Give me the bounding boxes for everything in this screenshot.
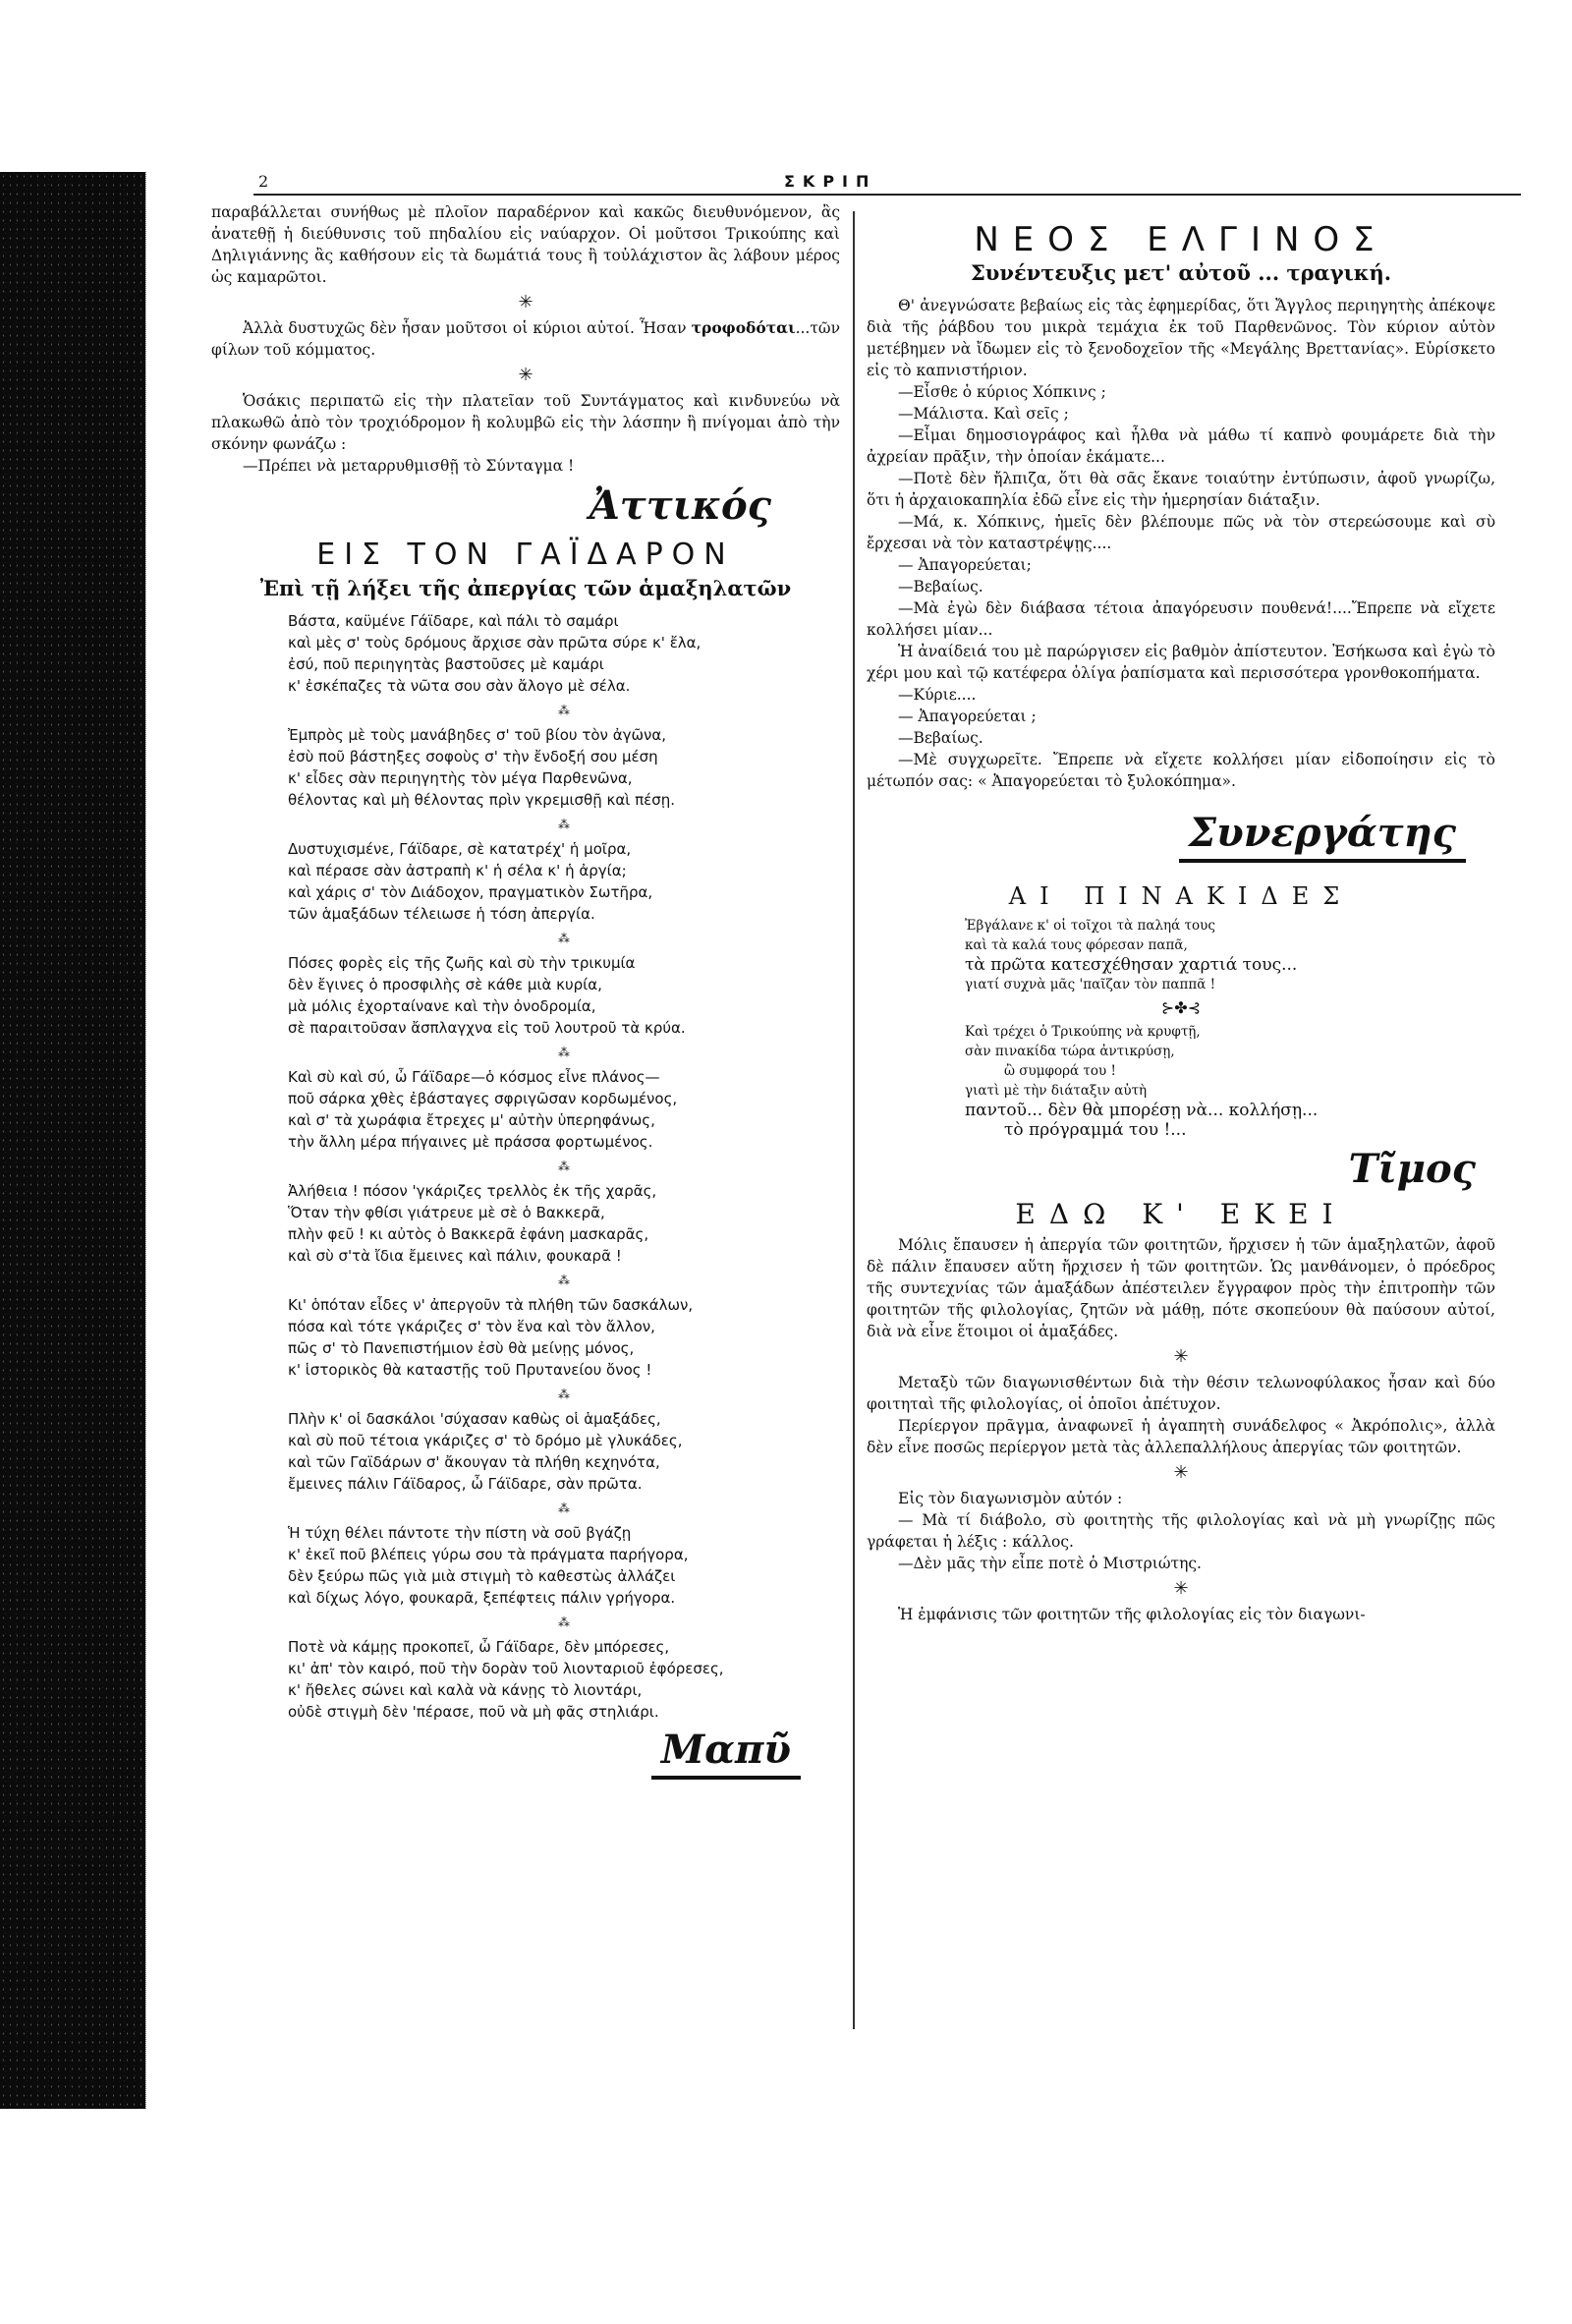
poem-verse: θέλοντας καὶ μὴ θέλοντας πρὶν γκρεμισθῇ … (288, 789, 840, 811)
opening-paragraph-4: —Πρέπει νὰ μεταρρυθμισθῇ τὸ Σύνταγμα ! (211, 455, 840, 477)
column-divider (853, 211, 855, 2029)
poem-stanza: Καὶ σὺ καὶ σύ, ὦ Γάϊδαρε—ὁ κόσμος εἶνε π… (288, 1066, 840, 1153)
interview-paragraph: — Ἀπαγορεύεται ; (867, 706, 1495, 727)
poem-verse: κ' ἱστορικὸς θὰ καταστῇς τοῦ Πρυτανείου … (288, 1359, 840, 1381)
signature-text: Τῖμος (1349, 1146, 1476, 1192)
article-title-pinakides: ΑΙ ΠΙΝΑΚΙΔΕΣ (867, 880, 1495, 912)
interview-paragraph: —Μά, κ. Χόπκινς, ἡμεῖς δὲν βλέπουμε πῶς … (867, 511, 1495, 554)
stanza-separator: ⁂ (288, 1045, 840, 1060)
poem-stanza: Πλὴν κ' οἱ δασκάλοι 'σύχασαν καθὼς οἱ ἁμ… (288, 1408, 840, 1495)
paragraph-text: Ἀλλὰ δυστυχῶς δὲν ἦσαν μοῦτσοι οἱ κύριοι… (243, 319, 687, 337)
poem-stanza: Ἐμπρὸς μὲ τοὺς μανάβηδες σ' τοῦ βίου τὸν… (288, 724, 840, 811)
poem-verse: πόσα καὶ τότε γκάριζες σ' τὸν ἕνα καὶ τὸ… (288, 1316, 840, 1337)
stanza-separator: ⁂ (288, 1615, 840, 1630)
poem-verse: Ὅταν τὴν φθίσι γιάτρευε μὲ σὲ ὁ Βακκερᾶ, (288, 1202, 840, 1223)
interview-paragraph: —Μὲ συγχωρεῖτε. Ἔπρεπε νὰ εἴχετε κολλήσε… (867, 749, 1495, 792)
bold-word: τροφοδόται (692, 318, 796, 337)
poem-verse: Ἡ τύχη θέλει πάντοτε τὴν πίστη νὰ σοῦ βγ… (288, 1522, 840, 1544)
asterism-separator: ✳ (867, 1578, 1495, 1600)
poem-stanza: Κι' ὁπόταν εἶδες ν' ἀπεργοῦν τὰ πλήθη τῶ… (288, 1294, 840, 1381)
poem-verse: καὶ σὺ σ'τὰ ἴδια ἔμεινες καὶ πάλιν, φουκ… (288, 1245, 840, 1267)
poem-stanza: Ἡ τύχη θέλει πάντοτε τὴν πίστη νὰ σοῦ βγ… (288, 1522, 840, 1609)
poem-verse: δὲν ξεύρω πῶς γιὰ μιὰ στιγμὴ τὸ καθεστὼς… (288, 1565, 840, 1587)
poem-verse: πῶς σ' τὸ Πανεπιστήμιον ἐσὺ θὰ μείνῃς μό… (288, 1337, 840, 1359)
scan-edge (145, 172, 152, 2109)
interview-paragraph: —Κύριε.... (867, 684, 1495, 706)
poem-verse: Κι' ὁπόταν εἶδες ν' ἀπεργοῦν τὰ πλήθη τῶ… (288, 1294, 840, 1316)
interview-paragraph: Ἡ ἀναίδειά του μὲ παρώργισεν εἰς βαθμὸν … (867, 641, 1495, 684)
asterism-separator: ✳ (211, 365, 840, 386)
poem-verse: καὶ χάρις σ' τὸν Διάδοχον, πραγματικὸν Σ… (288, 881, 840, 903)
poem-verse: Ἀλήθεια ! πόσον 'γκάριζες τρελλὸς ἐκ τῆς… (288, 1180, 840, 1202)
poem-verse: οὐδὲ στιγμὴ δὲν 'πέρασε, ποῦ νὰ μὴ φᾶς σ… (288, 1701, 840, 1723)
edo-paragraph-4: Εἰς τὸν διαγωνισμὸν αὐτόν : (867, 1488, 1495, 1509)
signature-text: Συνεργάτης (1179, 810, 1466, 863)
pinakides-stanza-1: Ἐβγάλανε κ' οἱ τοῖχοι τὰ παληά τουςκαὶ τ… (867, 916, 1495, 994)
opening-paragraph-1: παραβάλλεται συνήθως μὲ πλοῖον παραδέρνο… (211, 201, 840, 288)
edo-paragraph-1: Μόλις ἔπαυσεν ἡ ἀπεργία τῶν φοιτητῶν, ἤρ… (867, 1234, 1495, 1342)
interview-paragraph: Θ' ἀνεγνώσατε βεβαίως εἰς τὰς ἐφημερίδας… (867, 295, 1495, 381)
poem-verse: δὲν ἔγινες ὁ προσφιλὴς σὲ κάθε μιὰ κυρία… (288, 974, 840, 995)
poem-verse: κ' ἤθελες σώνει καὶ καλὰ νὰ κάνῃς τὸ λιο… (288, 1679, 840, 1701)
article-title-neos-elginos: ΝΕΟΣ ΕΛΓΙΝΟΣ (867, 222, 1495, 257)
poem-verse: κι' ἀπ' τὸν καιρό, ποῦ τὴν δορὰν τοῦ λιο… (288, 1658, 840, 1679)
poem-verse: μὰ μόλις ἐχορταίνανε καὶ τὴν ὀνοδρομία, (288, 995, 840, 1017)
pinakides-stanza-2: Καὶ τρέχει ὁ Τρικούπης νὰ κρυφτῇ,σὰν πιν… (867, 1022, 1495, 1140)
pinakides-verse: γιατὶ μὲ τὴν διάταξιν αὐτὴ (965, 1081, 1495, 1101)
poem-verse: ἐσύ, ποῦ περιηγητὰς βαστοῦσες μὲ καμάρι (288, 653, 840, 675)
pinakides-verse: γιατί συχνὰ μᾶς 'παῖζαν τὸν παππᾶ ! (965, 975, 1495, 994)
pinakides-verse: ὢ συμφορά του ! (965, 1061, 1495, 1081)
poem-verse: Δυστυχισμένε, Γάϊδαρε, σὲ κατατρέχ' ἡ μο… (288, 838, 840, 860)
stanza-separator: ⁂ (288, 1159, 840, 1174)
pinakides-verse: Καὶ τρέχει ὁ Τρικούπης νὰ κρυφτῇ, (965, 1022, 1495, 1042)
poem-verse: ἐσὺ ποῦ βάστηξες σοφοὺς σ' τὴν ἔνδοξή σο… (288, 746, 840, 767)
stanza-separator: ⁂ (288, 703, 840, 718)
signature-attikos: Ἀττικός (211, 482, 771, 530)
stanza-separator: ⁂ (288, 1501, 840, 1516)
interview-paragraph: —Ποτὲ δὲν ἤλπιζα, ὅτι θὰ σᾶς ἔκανε τοιαύ… (867, 468, 1495, 511)
stanza-separator: ⁂ (288, 817, 840, 832)
poem-stanza: Πόσες φορὲς εἰς τῆς ζωῆς καὶ σὺ τὴν τρικ… (288, 952, 840, 1039)
opening-paragraph-3: Ὁσάκις περιπατῶ εἰς τὴν πλατεῖαν τοῦ Συν… (211, 390, 840, 455)
left-column: παραβάλλεται συνήθως μὲ πλοῖον παραδέρνο… (211, 201, 840, 1780)
asterism-separator: ✳ (867, 1462, 1495, 1484)
edo-paragraph-6: —Δὲν μᾶς τὴν εἶπε ποτὲ ὁ Μιστριώτης. (867, 1553, 1495, 1574)
interview-paragraph: —Μάλιστα. Καὶ σεῖς ; (867, 403, 1495, 425)
poem-verse: σὲ παραιτοῦσαν ἄσπλαγχνα εἰς τοῦ λουτροῦ… (288, 1017, 840, 1039)
poem-verse: κ' εἶδες σὰν περιηγητὴς τὸν μέγα Παρθενῶ… (288, 767, 840, 789)
stanza-separator: ⁂ (288, 931, 840, 946)
interview-paragraph: — Ἀπαγορεύεται; (867, 554, 1495, 576)
signature-synergatis: Συνεργάτης (867, 810, 1466, 863)
interview-paragraph: —Εἶμαι δημοσιογράφος καὶ ἦλθα νὰ μάθω τί… (867, 425, 1495, 468)
poem-stanza: Δυστυχισμένε, Γάϊδαρε, σὲ κατατρέχ' ἡ μο… (288, 838, 840, 925)
pinakides-verse: τὸ πρόγραμμά του !... (965, 1120, 1495, 1140)
poem-verse: καὶ δίχως λόγο, φουκαρᾶ, ξεπέφτεις πάλιν… (288, 1587, 840, 1609)
edo-paragraph-7: Ἡ ἐμφάνισις τῶν φοιτητῶν τῆς φιλολογίας … (867, 1604, 1495, 1625)
stanza-separator: ⁂ (288, 1387, 840, 1402)
pinakides-verse: παντοῦ... δὲν θὰ μπορέσῃ νὰ... κολλήσῃ..… (965, 1101, 1495, 1120)
poem-verse: καὶ σ' τὰ χωράφια ἔτρεχες μ' αὐτὴν ὑπερη… (288, 1109, 840, 1131)
page-header: 2 ΣΚΡΙΠ (253, 172, 1521, 196)
interview-paragraph: —Βεβαίως. (867, 576, 1495, 597)
poem-verse: Βάστα, καϋμένε Γάϊδαρε, καὶ πάλι τὸ σαμά… (288, 610, 840, 632)
poem-verse: Καὶ σὺ καὶ σύ, ὦ Γάϊδαρε—ὁ κόσμος εἶνε π… (288, 1066, 840, 1088)
poem-verse: καὶ πέρασε σὰν ἀστραπὴ κ' ἡ σέλα κ' ἡ ἀρ… (288, 860, 840, 881)
pinakides-verse: καὶ τὰ καλά τους φόρεσαν παπᾶ, (965, 935, 1495, 955)
scan-binding-shadow (0, 172, 145, 2109)
article-body-neos-elginos: Θ' ἀνεγνώσατε βεβαίως εἰς τὰς ἐφημερίδας… (867, 295, 1495, 792)
poem-subtitle: Ἐπὶ τῇ λήξει τῆς ἀπεργίας τῶν ἁμαξηλατῶν (211, 575, 840, 602)
poem-verse: καὶ τῶν Γαϊδάρων σ' ἄκουγαν τὰ πλήθη κεχ… (288, 1451, 840, 1473)
masthead: ΣΚΡΙΠ (784, 172, 876, 191)
signature-mapu: Μαπῦ (211, 1727, 801, 1780)
ornament-separator: ⊱✤⊰ (867, 1000, 1495, 1016)
interview-paragraph: —Βεβαίως. (867, 727, 1495, 749)
poem-verse: τῶν ἁμαξάδων τέλειωσε ἡ τόση ἀπεργία. (288, 903, 840, 925)
signature-timos: Τῖμος (867, 1146, 1476, 1193)
article-subtitle-interview: Συνέντευξις μετ' αὐτοῦ ... τραγική. (867, 259, 1495, 287)
opening-paragraph-2: Ἀλλὰ δυστυχῶς δὲν ἦσαν μοῦτσοι οἱ κύριοι… (211, 317, 840, 361)
article-title-edo-k-ekei: ΕΔΩ Κ' ΕΚΕΙ (867, 1199, 1495, 1230)
poem-verse: ποῦ σάρκα χθὲς ἐβάσταγες σφριγῶσαν κορδω… (288, 1088, 840, 1109)
poem-body: Βάστα, καϋμένε Γάϊδαρε, καὶ πάλι τὸ σαμά… (211, 610, 840, 1723)
poem-verse: Ἐμπρὸς μὲ τοὺς μανάβηδες σ' τοῦ βίου τὸν… (288, 724, 840, 746)
poem-verse: πλὴν φεῦ ! κι αὐτὸς ὁ Βακκερᾶ ἐφάνη μασκ… (288, 1223, 840, 1245)
poem-verse: κ' ἐκεῖ ποῦ βλέπεις γύρω σου τὰ πράγματα… (288, 1544, 840, 1565)
edo-paragraph-3: Περίεργον πρᾶγμα, ἀναφωνεῖ ἡ ἀγαπητὴ συν… (867, 1415, 1495, 1458)
right-column: ΝΕΟΣ ΕΛΓΙΝΟΣ Συνέντευξις μετ' αὐτοῦ ... … (867, 214, 1495, 1625)
signature-text: Μαπῦ (651, 1727, 801, 1780)
poem-verse: Πλὴν κ' οἱ δασκάλοι 'σύχασαν καθὼς οἱ ἁμ… (288, 1408, 840, 1430)
stanza-separator: ⁂ (288, 1273, 840, 1288)
poem-verse: Ποτὲ νὰ κάμῃς προκοπεῖ, ὦ Γάϊδαρε, δὲν μ… (288, 1636, 840, 1658)
pinakides-verse: σὰν πινακίδα τώρα ἀντικρύσῃ, (965, 1042, 1495, 1061)
poem-verse: Πόσες φορὲς εἰς τῆς ζωῆς καὶ σὺ τὴν τρικ… (288, 952, 840, 974)
poem-verse: καὶ μὲς σ' τοὺς δρόμους ἄρχισε σὰν πρῶτα… (288, 632, 840, 653)
interview-paragraph: —Μὰ ἐγὼ δὲν διάβασα τέτοια ἀπαγόρευσιν π… (867, 597, 1495, 641)
asterism-separator: ✳ (867, 1346, 1495, 1368)
edo-paragraph-2: Μεταξὺ τῶν διαγωνισθέντων διὰ τὴν θέσιν … (867, 1372, 1495, 1415)
edo-paragraph-5: — Μὰ τί διάβολο, σὺ φοιτητὴς τῆς φιλολογ… (867, 1509, 1495, 1553)
asterism-separator: ✳ (211, 292, 840, 313)
poem-title: ΕΙΣ ΤΟΝ ΓΑΪΔΑΡΟΝ (211, 538, 840, 573)
poem-verse: καὶ σὺ ποῦ τέτοια γκάριζες σ' τὸ δρόμο μ… (288, 1430, 840, 1451)
interview-paragraph: —Εἶσθε ὁ κύριος Χόπκινς ; (867, 381, 1495, 403)
poem-stanza: Βάστα, καϋμένε Γάϊδαρε, καὶ πάλι τὸ σαμά… (288, 610, 840, 697)
header-rule (253, 194, 1521, 196)
poem-verse: κ' ἐσκέπαζες τὰ νῶτα σου σὰν ἄλογο μὲ σέ… (288, 675, 840, 697)
poem-stanza: Ποτὲ νὰ κάμῃς προκοπεῖ, ὦ Γάϊδαρε, δὲν μ… (288, 1636, 840, 1723)
pinakides-verse: τὰ πρῶτα κατεσχέθησαν χαρτιά τους... (965, 955, 1495, 975)
page-number: 2 (258, 172, 268, 191)
poem-stanza: Ἀλήθεια ! πόσον 'γκάριζες τρελλὸς ἐκ τῆς… (288, 1180, 840, 1267)
signature-text: Ἀττικός (589, 482, 771, 529)
poem-verse: τὴν ἄλλη μέρα πήγαινες μὲ πράσσα φορτωμέ… (288, 1131, 840, 1153)
pinakides-verse: Ἐβγάλανε κ' οἱ τοῖχοι τὰ παληά τους (965, 916, 1495, 935)
poem-verse: ἔμεινες πάλιν Γάϊδαρος, ὦ Γάϊδαρε, σὰν π… (288, 1473, 840, 1495)
